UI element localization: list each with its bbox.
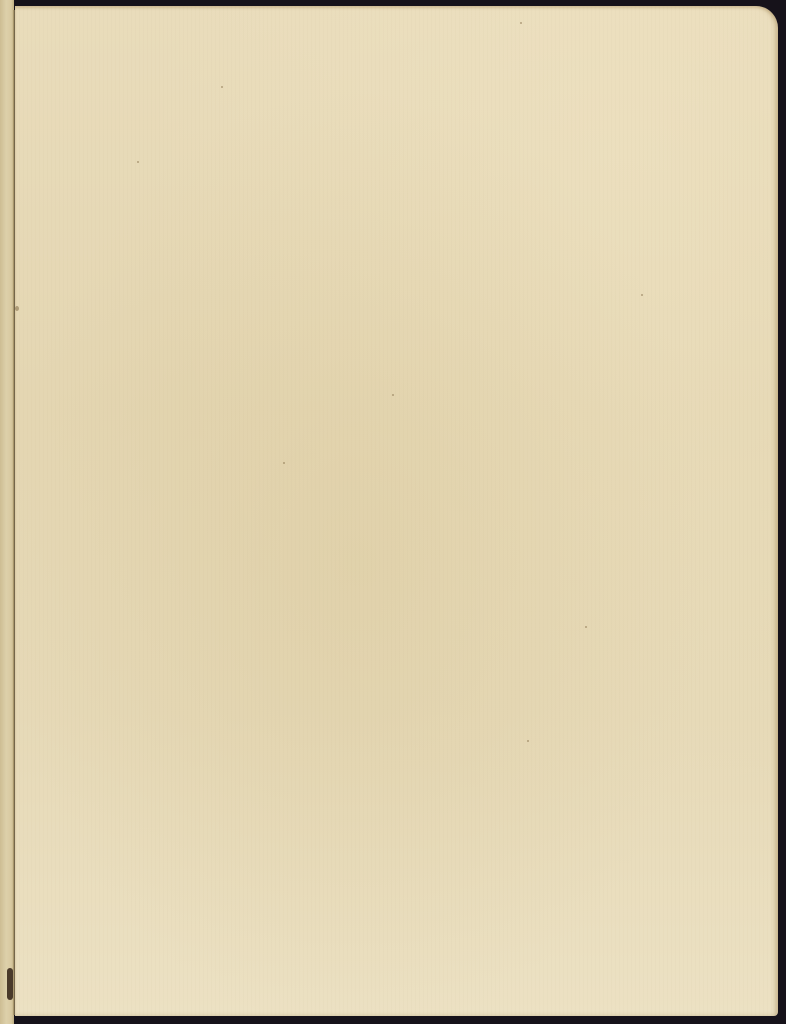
paper-speck [520, 22, 522, 24]
paper-speck [137, 161, 139, 163]
facing-page-strip [0, 0, 14, 1024]
paper-speck [585, 626, 587, 628]
paper-speck [15, 306, 19, 311]
paper-speck [283, 462, 285, 464]
paper-speck [392, 394, 394, 396]
book-scan [0, 0, 786, 1024]
binding-mark [7, 968, 13, 1000]
paper-texture [15, 6, 778, 1016]
blank-page [15, 6, 778, 1016]
paper-speck [221, 86, 223, 88]
paper-speck [641, 294, 643, 296]
paper-speck [527, 740, 529, 742]
